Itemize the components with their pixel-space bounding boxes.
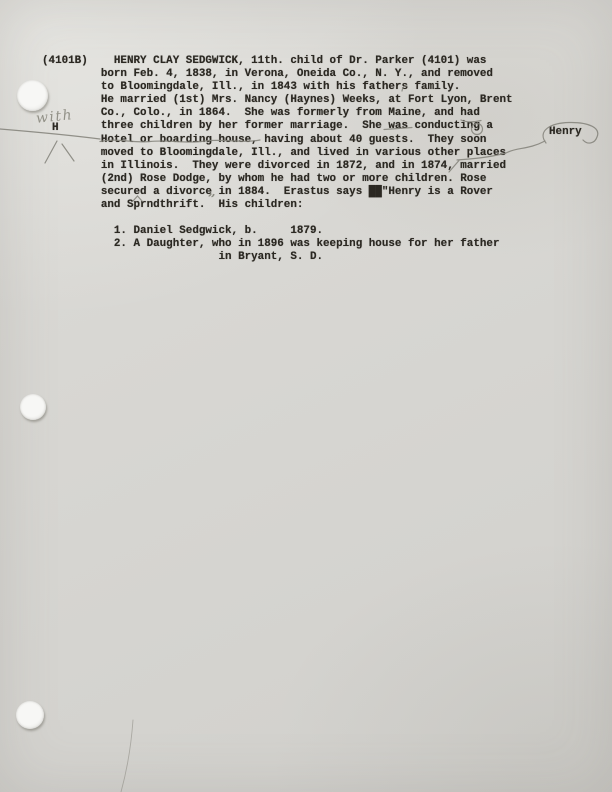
- typed-line: moved to Bloomingdale, Ill., and lived i…: [42, 147, 604, 160]
- typed-line: Hotel or boarding house, having about 40…: [42, 134, 604, 147]
- scanned-page: (4101B) HENRY CLAY SEDGWICK, 11th. child…: [0, 0, 612, 792]
- typed-list-line: 2. A Daughter, who in 1896 was keeping h…: [42, 238, 604, 251]
- typed-line: (2nd) Rose Dodge, by whom he had two or …: [42, 173, 604, 186]
- typed-line: to Bloomingdale, Ill., in 1843 with his …: [42, 81, 604, 94]
- handwritten-word-with: with: [35, 108, 73, 126]
- margin-insert-henry: Henry: [549, 126, 582, 139]
- typed-line: He married (1st) Mrs. Nancy (Haynes) Wee…: [42, 94, 604, 107]
- typed-list-line: 1. Daniel Sedgwick, b. 1879.: [42, 225, 604, 238]
- punch-hole-bottom: [16, 701, 44, 729]
- typed-line: (4101B) HENRY CLAY SEDGWICK, 11th. child…: [42, 55, 604, 68]
- typed-line: [42, 212, 604, 225]
- typed-line: in Illinois. They were divorced in 1872,…: [42, 160, 604, 173]
- stray-pencil-curve: [121, 720, 133, 792]
- typed-list-line: in Bryant, S. D.: [42, 251, 604, 264]
- punch-hole-middle: [20, 394, 46, 420]
- typed-line: born Feb. 4, 1838, in Verona, Oneida Co.…: [42, 68, 604, 81]
- typed-line: Co., Colo., in 1864. She was formerly fr…: [42, 107, 604, 120]
- typed-line: three children by her former marriage. S…: [42, 120, 604, 133]
- typed-line: secured a divorce in 1884. Erastus says …: [42, 186, 604, 199]
- typed-line: and Sprndthrift. His children:: [42, 199, 604, 212]
- typed-text-block: (4101B) HENRY CLAY SEDGWICK, 11th. child…: [42, 55, 604, 265]
